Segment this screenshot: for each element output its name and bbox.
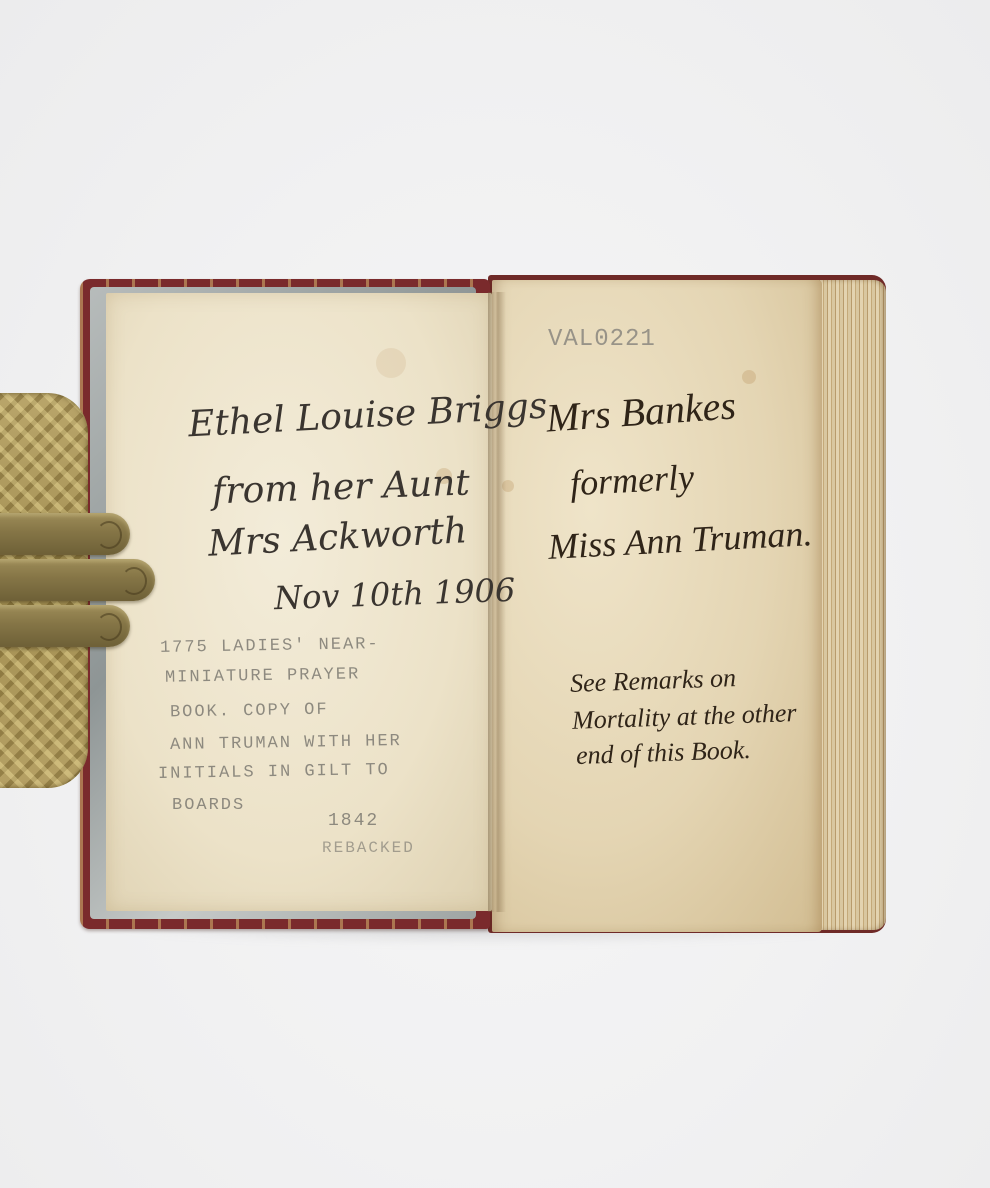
pencil-note-bottom: REBACKED xyxy=(322,840,415,856)
photo-scene: Ethel Louise Briggs from her Aunt Mrs Ac… xyxy=(0,0,990,1188)
inscription-from: from her Aunt xyxy=(211,466,470,511)
foxing-stain xyxy=(742,370,756,384)
pencil-note-line: ANN TRUMAN WITH HER xyxy=(170,733,402,754)
clip-finger xyxy=(0,605,130,647)
pencil-note-line: INITIALS IN GILT TO xyxy=(158,762,390,783)
flyleaf-page xyxy=(492,280,822,932)
pencil-note-line: BOOK. COPY OF xyxy=(170,702,329,722)
pencil-note-line: MINIATURE PRAYER xyxy=(165,666,361,686)
pencil-note-year: 1842 xyxy=(328,812,379,830)
note-line: end of this Book. xyxy=(576,737,752,769)
note-line: See Remarks on xyxy=(570,665,737,697)
clip-finger xyxy=(0,559,155,601)
pencil-note-line: 1775 LADIES' NEAR- xyxy=(160,636,380,657)
foxing-stain xyxy=(376,348,406,378)
pencil-note-line: BOARDS xyxy=(172,797,245,814)
brass-hand-clip xyxy=(0,393,160,788)
inscription-formerly: formerly xyxy=(569,459,695,501)
accession-stamp: VAL0221 xyxy=(548,328,656,352)
clip-finger xyxy=(0,513,130,555)
inscription-date: Nov 10th 1906 xyxy=(274,574,516,614)
